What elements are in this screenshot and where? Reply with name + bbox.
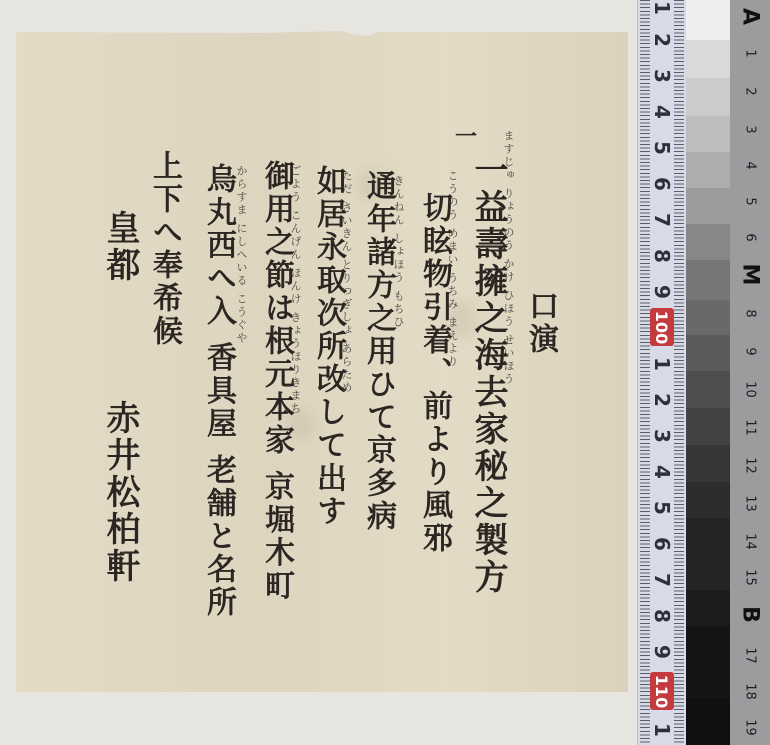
measuring-ruler: 1 2 3 4 5 6 7 8 9 100 1 2 3 4 5 6 7 8 9 … [637,0,687,745]
scale-label: 14 [743,522,758,562]
scale-label: 12 [743,446,758,486]
ruler-number: 4 [650,100,674,124]
scale-label: 4 [743,146,758,186]
ruler-red-label: 100 [650,308,674,346]
heading-text: 口演 [518,290,562,356]
ruby-column-3: きんねん しょほう もちひ [390,175,406,329]
scale-label: 6 [743,218,758,258]
scale-label: 19 [743,708,758,745]
ruler-number: 9 [650,280,674,304]
ruby-column-5: ごよう こんげん ほんけ きょうほりきまち [287,165,303,416]
gray-patch [686,224,730,260]
ruby-column-6: からすま にしへいる こうぐや [233,165,249,345]
ruler-red-label: 110 [650,672,674,710]
scale-label: 5 [743,182,758,222]
ruler-number: 2 [650,388,674,412]
gray-patch [686,335,730,371]
ruler-number: 2 [650,28,674,52]
ruby-column-1: ますじゅ りょうのう かけ ひほう せいほう [500,130,516,386]
gray-patch [686,78,730,116]
title-mark: 一 [455,120,477,151]
gray-patch [686,40,730,78]
ruler-number: 7 [650,208,674,232]
gray-patch [686,152,730,188]
gray-patch [686,482,730,518]
scale-label: 17 [743,636,758,676]
gray-patch [686,445,730,482]
gray-patch [686,408,730,445]
ruler-ticks-right [674,0,684,745]
color-scale-labels: A 1 2 3 4 5 6 M 8 9 10 11 12 13 14 15 B … [730,0,770,745]
signature: 赤井松柏軒 [96,400,145,585]
gray-patch [686,300,730,335]
ruby-column-4: ただ さいきん とりつぎしょ あらため [338,170,354,395]
scale-label-a: A [738,0,763,37]
gray-patch [686,116,730,152]
gray-patch [686,698,730,745]
scale-label: 13 [743,484,758,524]
scale-label-b: B [738,595,763,635]
ruler-number: 1 [650,352,674,376]
gray-patch [686,0,730,40]
gray-patch [686,590,730,626]
ruler-number: 6 [650,172,674,196]
text-column-7: 上下へ奉希候 [142,150,186,348]
ruler-number: 4 [650,460,674,484]
ruler-number: 8 [650,604,674,628]
gray-patch [686,518,730,590]
ruler-number: 7 [650,568,674,592]
gray-patch [686,188,730,224]
ruler-number: 9 [650,640,674,664]
scale-label: 15 [743,558,758,598]
ruler-number: 8 [650,244,674,268]
scale-label: 1 [743,34,758,74]
ruler-number: 3 [650,424,674,448]
scale-label: 10 [743,370,758,410]
ruby-column-2: こうのう めまい うちみ まえより [444,170,460,369]
ruler-number: 1 [650,0,674,20]
gray-patch [686,626,730,698]
ruler-number: 6 [650,532,674,556]
gray-patch [686,371,730,408]
gray-patch [686,260,730,300]
ruler-number: 5 [650,136,674,160]
scale-label: 18 [743,672,758,712]
scale-label: 11 [743,408,758,448]
scale-label-m: M [738,255,763,295]
ruler-number: 5 [650,496,674,520]
scale-label: 3 [743,110,758,150]
place-name: 皇都 [96,210,145,284]
grayscale-patches [686,0,730,745]
scale-label: 2 [743,72,758,112]
ruler-ticks-left [640,0,650,745]
ruler-number: 1 [650,718,674,742]
scale-label: 9 [743,332,758,372]
scale-label: 8 [743,294,758,334]
ruler-number: 3 [650,64,674,88]
